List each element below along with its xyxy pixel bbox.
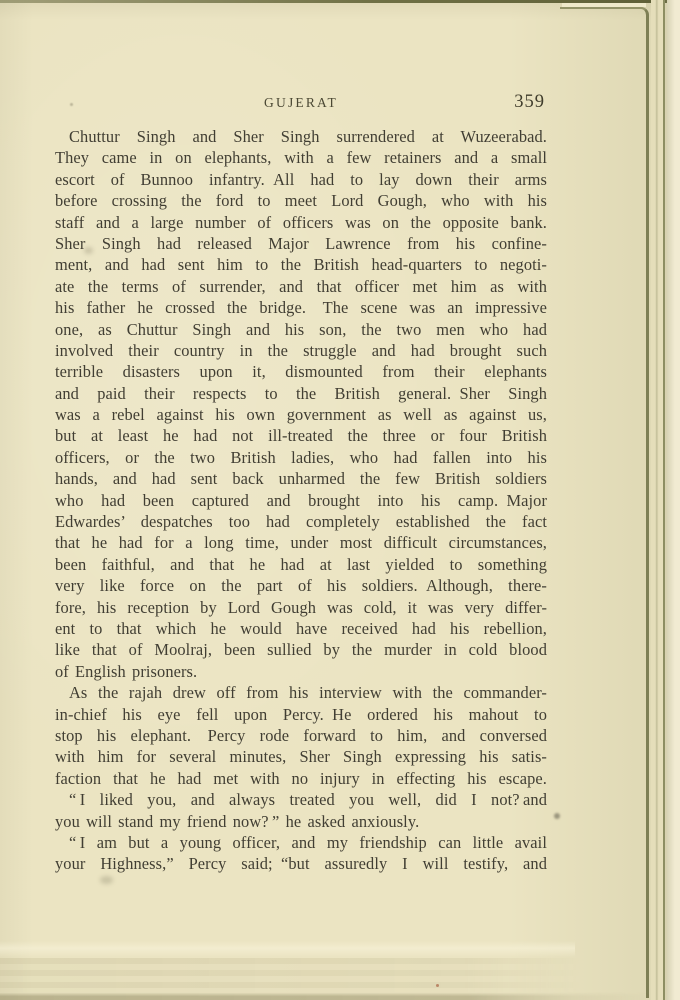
page-stack-edge — [651, 0, 665, 1000]
text-line: staff and a large number of officers was… — [55, 212, 547, 233]
text-line: involved their country in the struggle a… — [55, 340, 547, 361]
text-line: been faithful, and that he had at last y… — [55, 554, 547, 575]
text-line: but at least he had not ill-treated the … — [55, 425, 547, 446]
text-line: ate the terms of surrender, and that off… — [55, 276, 547, 297]
text-line: your Highness,” Percy said; “but assured… — [55, 853, 547, 874]
page-number: 359 — [514, 92, 545, 113]
text-line: one, as Chuttur Singh and his son, the t… — [55, 319, 547, 340]
text-line: in-chief his eye fell upon Percy. He ord… — [55, 704, 547, 725]
stain-speck — [100, 876, 113, 884]
scanned-book-page: GUJERAT 359 Chuttur Singh and Sher Singh… — [0, 0, 680, 1000]
body-text: Chuttur Singh and Sher Singh surrendered… — [55, 126, 547, 875]
text-line: his father he crossed the bridge. The sc… — [55, 297, 547, 318]
text-line: very like force on the part of his soldi… — [55, 575, 547, 596]
text-line: you will stand my friend now? ” he asked… — [55, 811, 547, 832]
text-line: that he had for a long time, under most … — [55, 532, 547, 553]
text-line: was a rebel against his own government a… — [55, 404, 547, 425]
page-right-edge — [560, 7, 649, 998]
text-line: stop his elephant. Percy rode forward to… — [55, 725, 547, 746]
text-line: “ I liked you, and always treated you we… — [55, 789, 547, 810]
text-line: and paid their respects to the British g… — [55, 383, 547, 404]
text-line: “ I am but a young officer, and my frien… — [55, 832, 547, 853]
text-line: Chuttur Singh and Sher Singh surrendered… — [55, 126, 547, 147]
text-line: faction that he had met with no injury i… — [55, 768, 547, 789]
text-line: of English prisoners. — [55, 661, 547, 682]
text-line: officers, or the two British ladies, who… — [55, 447, 547, 468]
text-line: They came in on elephants, with a few re… — [55, 147, 547, 168]
next-page-edge — [667, 0, 680, 1000]
text-line: Edwardes’ despatches too had completely … — [55, 511, 547, 532]
running-title: GUJERAT — [55, 95, 547, 111]
text-line: hands, and had sent back unharmed the fe… — [55, 468, 547, 489]
text-line: like that of Moolraj, been sullied by th… — [55, 639, 547, 660]
text-line: Sher Singh had released Major Lawrence f… — [55, 233, 547, 254]
page-bottom-edge — [0, 992, 651, 1000]
page-header: GUJERAT 359 — [55, 92, 547, 112]
text-line: ent to that which he would have received… — [55, 618, 547, 639]
scan-streak — [0, 958, 580, 992]
text-line: As the rajah drew off from his interview… — [55, 682, 547, 703]
text-line: escort of Bunnoo infantry. All had to la… — [55, 169, 547, 190]
text-line: terrible disasters upon it, dismounted f… — [55, 361, 547, 382]
text-line: before crossing the ford to meet Lord Go… — [55, 190, 547, 211]
text-line: fore, his reception by Lord Gough was co… — [55, 597, 547, 618]
scan-streak — [0, 941, 575, 957]
text-line: who had been captured and brought into h… — [55, 490, 547, 511]
stain-speck — [436, 984, 439, 987]
text-line: ment, and had sent him to the British he… — [55, 254, 547, 275]
text-line: with him for several minutes, Sher Singh… — [55, 746, 547, 767]
stain-speck — [554, 813, 560, 819]
